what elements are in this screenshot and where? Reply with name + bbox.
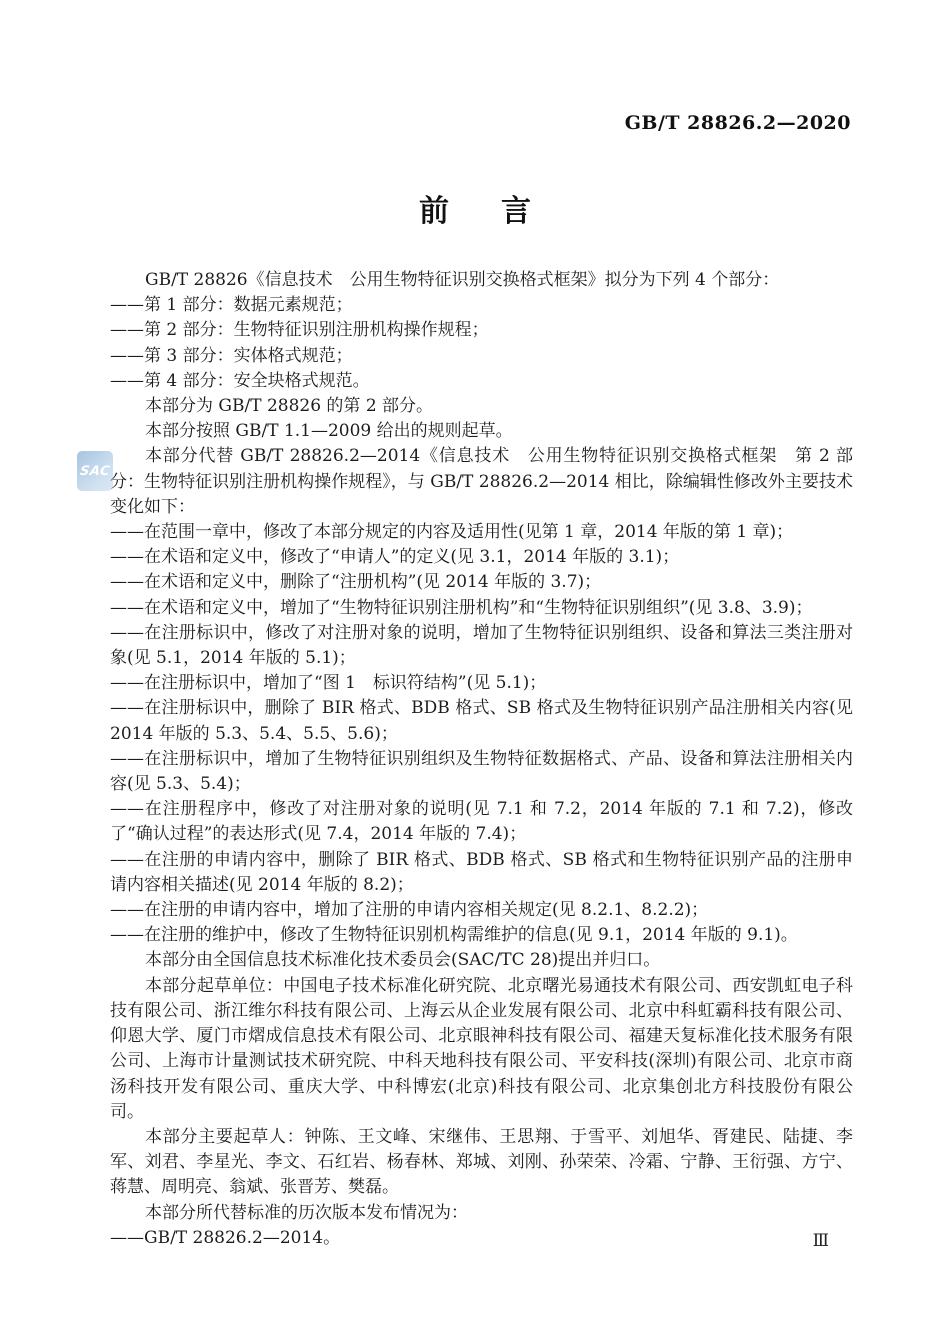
foreword-list-item: ——在术语和定义中，删除了“注册机构”(见 2014 年版的 3.7)； (110, 570, 853, 595)
sac-logo-text: SAC (79, 464, 111, 479)
document-page: GB/T 28826.2—2020 前言 SAC GB/T 28826《信息技术… (0, 0, 950, 1344)
foreword-list-item: ——在术语和定义中，修改了“申请人”的定义(见 3.1，2014 年版的 3.1… (110, 545, 853, 570)
page-number: Ⅲ (813, 1231, 829, 1251)
foreword-list-item: ——在术语和定义中，增加了“生物特征识别注册机构”和“生物特征识别组织”(见 3… (110, 596, 853, 621)
foreword-list-item: ——第 3 部分：实体格式规范； (110, 344, 853, 369)
foreword-paragraph: 本部分主要起草人：钟陈、王文峰、宋继伟、王思翔、于雪平、刘旭华、胥建民、陆捷、李… (110, 1125, 853, 1201)
foreword-list-item: ——第 4 部分：安全块格式规范。 (110, 369, 853, 394)
foreword-list-item: ——在注册标识中，修改了对注册对象的说明，增加了生物特征识别组织、设备和算法三类… (110, 621, 853, 671)
foreword-list-item: ——在注册标识中，删除了 BIR 格式、BDB 格式、SB 格式及生物特征识别产… (110, 696, 853, 746)
foreword-list-item: ——在注册标识中，增加了“图 1 标识符结构”(见 5.1)； (110, 671, 853, 696)
foreword-list-item: ——在注册标识中，增加了生物特征识别组织及生物特征数据格式、产品、设备和算法注册… (110, 747, 853, 797)
title-char-1: 前 (419, 194, 449, 229)
sac-logo-watermark: SAC (77, 451, 113, 491)
foreword-paragraph: 本部分按照 GB/T 1.1—2009 给出的规则起草。 (110, 419, 853, 444)
foreword-list-item: ——在范围一章中，修改了本部分规定的内容及适用性(见第 1 章，2014 年版的… (110, 520, 853, 545)
page-title: 前言 (0, 186, 950, 230)
foreword-paragraph: GB/T 28826《信息技术 公用生物特征识别交换格式框架》拟分为下列 4 个… (110, 268, 853, 293)
foreword-paragraph: 本部分起草单位：中国电子技术标准化研究院、北京曙光易通技术有限公司、西安凯虹电子… (110, 974, 853, 1125)
foreword-list-item: ——第 1 部分：数据元素规范； (110, 293, 853, 318)
foreword-list-item: ——在注册的申请内容中，增加了注册的申请内容相关规定(见 8.2.1、8.2.2… (110, 898, 853, 923)
foreword-list-item: ——GB/T 28826.2—2014。 (110, 1226, 853, 1251)
foreword-list-item: ——第 2 部分：生物特征识别注册机构操作规程； (110, 318, 853, 343)
title-char-2: 言 (501, 194, 531, 229)
foreword-paragraph: 本部分代替 GB/T 28826.2—2014《信息技术 公用生物特征识别交换格… (110, 444, 853, 520)
foreword-list-item: ——在注册的维护中，修改了生物特征识别机构需维护的信息(见 9.1，2014 年… (110, 923, 853, 948)
foreword-text-block: GB/T 28826《信息技术 公用生物特征识别交换格式框架》拟分为下列 4 个… (110, 268, 853, 1251)
foreword-paragraph: 本部分所代替标准的历次版本发布情况为： (110, 1201, 853, 1226)
foreword-paragraph: 本部分由全国信息技术标准化技术委员会(SAC/TC 28)提出并归口。 (110, 948, 853, 973)
standard-number-header: GB/T 28826.2—2020 (110, 112, 851, 134)
foreword-list-item: ——在注册的申请内容中，删除了 BIR 格式、BDB 格式、SB 格式和生物特征… (110, 848, 853, 898)
foreword-list-item: ——在注册程序中，修改了对注册对象的说明(见 7.1 和 7.2，2014 年版… (110, 797, 853, 847)
foreword-paragraph: 本部分为 GB/T 28826 的第 2 部分。 (110, 394, 853, 419)
